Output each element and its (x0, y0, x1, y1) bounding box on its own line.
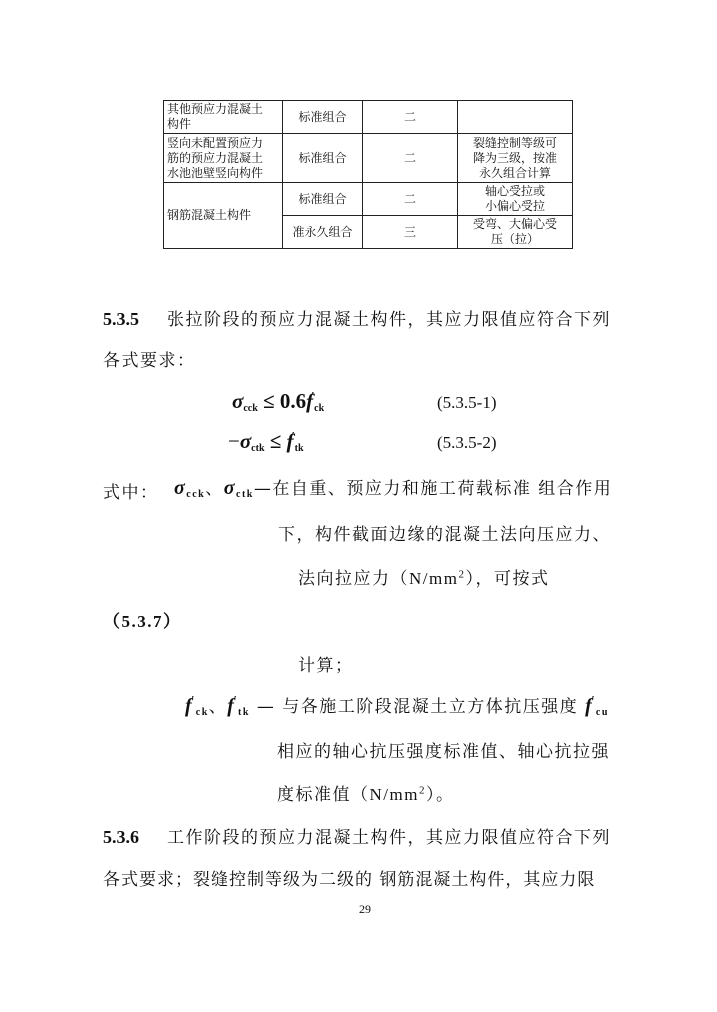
paragraph-text: 张拉阶段的预应力混凝土构件，其应力限值应符合下列 (167, 310, 611, 330)
equation-number: (5.3.5-2) (437, 433, 496, 453)
table-cell-grade: 三 (363, 216, 458, 249)
table-cell-member: 钢筋混凝土构件 (164, 183, 283, 249)
table-cell-member: 其他预应力混凝土 构件 (164, 101, 283, 134)
subscript: cck (243, 403, 257, 414)
crack-control-table: 其他预应力混凝土 构件 标准组合 二 竖向未配置预应力 筋的预应力混凝土 水池池… (163, 100, 573, 249)
text: 度标准值（ (277, 785, 370, 805)
unit: N/mm (370, 785, 419, 804)
table-cell-combination: 标准组合 (283, 101, 363, 134)
definition-sigma-line1: σcck、σctk—在自重、预应力和施工荷载标准 组合作用 (174, 474, 612, 500)
text: 法向拉应力（ (298, 569, 409, 589)
table-cell-note: 轴心受拉或 小偏心受拉 (458, 183, 573, 216)
section-5-3-6-line2: 各式要求；裂缝控制等级为二级的 钢筋混凝土构件，其应力限 (103, 865, 595, 890)
sigma-symbol: σ (174, 477, 186, 499)
definition-f-line1: f′ck、f′tk — 与各施工阶段混凝土立方体抗压强度 f′cu (185, 692, 609, 718)
sigma-symbol: σ (224, 477, 236, 499)
table-cell-combination: 准永久组合 (283, 216, 363, 249)
subscript: ck (196, 707, 209, 718)
prime: ′ (591, 694, 596, 706)
table-cell-note: 受弯、大偏心受 压（拉） (458, 216, 573, 249)
table-row: 竖向未配置预应力 筋的预应力混凝土 水池池壁竖向构件 标准组合 二 裂缝控制等级… (164, 134, 573, 183)
section-number: 5.3.5 (103, 309, 139, 329)
operator: ≤ (265, 429, 287, 453)
cell-text: 竖向未配置预应力 (167, 136, 279, 151)
section-5-3-5-line2: 各式要求： (103, 346, 196, 371)
section-5-3-5-line1: 5.3.5张拉阶段的预应力混凝土构件，其应力限值应符合下列 (103, 305, 611, 330)
sigma-tk-symbol: σctk (224, 477, 254, 499)
subscript: ck (314, 403, 324, 414)
definition-sigma-line5: 计算； (298, 651, 354, 676)
equation-number: (5.3.5-1) (437, 393, 496, 413)
subscript: tk (238, 707, 250, 718)
sigma-symbol: σ (240, 429, 251, 453)
table-cell-note: 裂缝控制等级可 降为三级，按准 永久组合计算 (458, 134, 573, 183)
where-label: 式中： (103, 478, 159, 503)
prime: ′ (311, 390, 314, 402)
cell-text: 永久组合计算 (461, 166, 569, 181)
sigma-symbol: σ (232, 389, 243, 413)
f-tk-symbol: f′tk (227, 695, 250, 717)
subscript: cu (596, 707, 609, 718)
definition-sigma-line2: 下，构件截面边缘的混凝土法向压应力、 (278, 520, 611, 545)
table-cell-combination: 标准组合 (283, 134, 363, 183)
cell-text: 轴心受拉或 (461, 184, 569, 199)
table-row: 钢筋混凝土构件 标准组合 二 轴心受拉或 小偏心受拉 (164, 183, 573, 216)
cell-text: 筋的预应力混凝土 (167, 151, 279, 166)
operator: ≤ (258, 389, 280, 413)
text: ）。 (426, 785, 455, 805)
prime: ′ (292, 430, 295, 442)
reference-text: （5.3.7） (103, 612, 182, 631)
table-cell-grade: 二 (363, 183, 458, 216)
subscript: ctk (251, 443, 264, 454)
section-5-3-6-line1: 5.3.6工作阶段的预应力混凝土构件，其应力限值应符合下列 (103, 823, 611, 848)
definition-text: —在自重、预应力和施工荷载标准 组合作用 (254, 479, 612, 499)
prime: ′ (191, 694, 196, 706)
table-cell-combination: 标准组合 (283, 183, 363, 216)
sigma-ck-symbol: σcck (174, 477, 205, 499)
section-number: 5.3.6 (103, 827, 139, 847)
table-cell-member: 竖向未配置预应力 筋的预应力混凝土 水池池壁竖向构件 (164, 134, 283, 183)
subscript: tk (295, 443, 304, 454)
cell-text: 构件 (167, 117, 279, 132)
page-number: 29 (359, 902, 371, 917)
text: ），可按式 (465, 569, 549, 589)
table-cell-note (458, 101, 573, 134)
table-row: 其他预应力混凝土 构件 标准组合 二 (164, 101, 573, 134)
formula-5-3-5-1: σcck ≤ 0.6f′ck (232, 389, 324, 414)
subscript: cck (186, 489, 205, 500)
definition-f-line3: 度标准值（N/mm2）。 (277, 780, 454, 805)
f-cu-symbol: f′cu (585, 695, 609, 717)
cell-text: 降为三级，按准 (461, 151, 569, 166)
cell-text: 受弯、大偏心受 (461, 217, 569, 232)
definition-f-line2: 相应的轴心抗压强度标准值、轴心抗拉强 (277, 737, 610, 762)
unit: N/mm (409, 569, 458, 588)
definition-text: — 与各施工阶段混凝土立方体抗压强度 (250, 697, 585, 717)
f-ck-symbol: f′ck (185, 695, 209, 717)
table-cell-grade: 二 (363, 134, 458, 183)
cell-text: 小偏心受拉 (461, 199, 569, 214)
subscript: ctk (236, 489, 254, 500)
cell-text: 压（拉） (461, 232, 569, 247)
separator: 、 (205, 479, 224, 499)
cell-text: 其他预应力混凝土 (167, 102, 279, 117)
cell-text: 水池池壁竖向构件 (167, 166, 279, 181)
table-cell-grade: 二 (363, 101, 458, 134)
definition-sigma-line3: 法向拉应力（N/mm2），可按式 (298, 564, 549, 589)
equation-reference: （5.3.7） (103, 607, 182, 632)
separator: 、 (209, 697, 228, 717)
minus-sign: − (228, 429, 240, 453)
unit-exponent: 2 (419, 784, 426, 796)
paragraph-text: 工作阶段的预应力混凝土构件，其应力限值应符合下列 (167, 828, 611, 848)
prime: ′ (233, 694, 238, 706)
coefficient: 0.6 (280, 389, 306, 413)
cell-text: 裂缝控制等级可 (461, 136, 569, 151)
formula-5-3-5-2: −σctk ≤ f′tk (228, 429, 304, 454)
